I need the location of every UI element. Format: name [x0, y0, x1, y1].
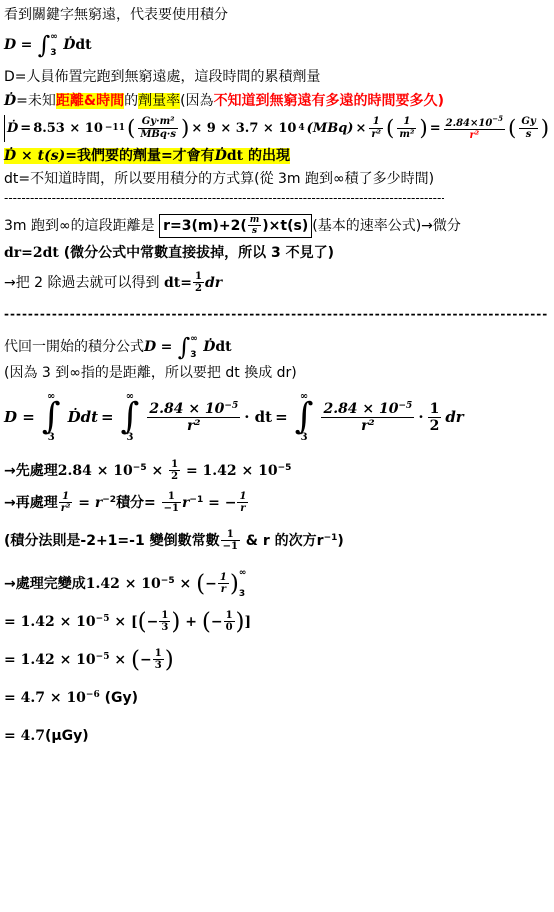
- exponent: 4: [298, 123, 304, 133]
- numerator: 1: [221, 529, 240, 542]
- numerator: 1: [428, 401, 442, 418]
- differential-dt: dt: [227, 148, 243, 164]
- half-fraction: 12: [193, 271, 204, 295]
- integral-limits: ∞ 3: [190, 334, 198, 360]
- unit-uGy: (μGy): [45, 728, 89, 744]
- denominator: −1: [162, 503, 181, 515]
- var-Ddot: Ḋ: [7, 121, 18, 136]
- open-paren: (: [202, 609, 211, 635]
- unit-denominator: MBq·s: [138, 129, 178, 141]
- open-paren: (: [196, 571, 205, 597]
- exponent: −2: [102, 495, 116, 505]
- denominator: 0: [224, 622, 235, 634]
- definition-Ddot-line: Ḋ=未知距離&時間的劑量率(因為不知道到無窮遠有多遠的時間要多久): [4, 92, 550, 110]
- denominator: r: [237, 503, 248, 515]
- denominator: 2: [169, 471, 180, 483]
- one-third-fraction: 13: [159, 610, 170, 634]
- minus-sign: −: [205, 576, 217, 592]
- inverse-square-fraction: 1r²: [369, 116, 383, 140]
- simplified-line: = 1.42 × 10−5 × (−13): [4, 645, 550, 675]
- dose-rate-formula: Ḋ=8.53 × 10−11 (Gy·m²MBq·s) × 9 × 3.7 × …: [4, 115, 550, 142]
- inverse-square-fraction: 1r²: [59, 491, 73, 515]
- integral-symbol: ∫: [42, 402, 61, 433]
- coefficient: 2.84 × 10: [58, 463, 133, 479]
- dt-explanation-line: dt=不知道時間，所以要用積分的方式算(從 3m 跑到∞積了多少時間): [4, 170, 550, 188]
- denominator: s: [519, 129, 537, 141]
- equals-sign: =: [161, 339, 173, 355]
- denominator: r²: [147, 418, 240, 434]
- dt-to-dr-note-line: (因為 3 到∞指的是距離，所以要把 dt 換成 dr): [4, 364, 550, 382]
- highlight-band: Ḋ × t(s)=我們要的劑量=才會有Ḋdt 的出現: [4, 148, 290, 164]
- unit-Gy-per-s: Gys: [519, 116, 537, 140]
- lower-limit: 3: [190, 351, 198, 360]
- display-integral: ∞ ∫ 3: [295, 392, 314, 443]
- close-paren: ): [181, 116, 189, 141]
- denominator: 2: [428, 418, 442, 434]
- result-ugy-line: = 4.7(μGy): [4, 727, 550, 745]
- boxed-rate-formula: r=3(m)+2(ms)×t(s): [159, 214, 312, 238]
- coefficient: 1.42 × 10: [86, 576, 161, 592]
- exponent: −6: [86, 690, 100, 700]
- open-paren: (: [131, 647, 140, 673]
- close-paren: ): [419, 116, 427, 141]
- coefficient-fraction: 2.84 × 10−5r²: [147, 401, 240, 434]
- unit-MBq: (MBq): [307, 121, 354, 136]
- times-sign: ×: [179, 576, 191, 592]
- numerator: 1: [369, 116, 383, 129]
- arrow-differentiate: →微分: [421, 218, 461, 234]
- plus-sign: +: [185, 614, 197, 630]
- numerator: 2.84 × 10−5: [147, 401, 240, 418]
- dr-2dt: dr=2dt: [4, 245, 59, 261]
- main-integral-equation: D = ∞ ∫ 3 Ḋdt = ∞ ∫ 3 2.84 × 10−5r² · dt…: [4, 392, 550, 443]
- integral-limits: ∞ 3: [50, 32, 58, 58]
- r-power: = r: [78, 495, 102, 511]
- var-Ddot: Ḋ: [215, 148, 227, 164]
- denominator: s: [248, 226, 262, 236]
- denominator: r: [218, 584, 229, 596]
- constant-note: (微分公式中常數直接拔掉，所以 3 不見了): [59, 245, 334, 261]
- denominator-red: r²: [444, 130, 505, 142]
- exponent: −5: [161, 576, 175, 586]
- one-third-fraction: 13: [153, 648, 164, 672]
- unit-numerator: Gy·m²: [138, 116, 178, 129]
- denominator: r²: [369, 129, 383, 141]
- times-sign: ×: [355, 121, 366, 136]
- second-step-text: →再處理: [4, 495, 58, 511]
- integral-symbol: ∫: [121, 402, 140, 433]
- coefficient: 2.84 × 10: [149, 401, 224, 417]
- dt-equals: dt=: [164, 275, 192, 291]
- exponent: −5: [224, 401, 238, 411]
- denominator: 3: [159, 622, 170, 634]
- highlighted-dose-line: Ḋ × t(s)=我們要的劑量=才會有Ḋdt 的出現: [4, 147, 550, 165]
- exponent: −5: [96, 614, 110, 624]
- denominator: 2: [193, 283, 204, 295]
- numerator: 1: [159, 610, 170, 623]
- numerator: 1: [59, 491, 73, 504]
- formula-left: r=3(m)+2(: [163, 218, 247, 234]
- cdot: ·: [418, 408, 423, 426]
- equals-sign: =: [101, 408, 114, 426]
- equals-sign: =: [430, 121, 441, 136]
- rule-tail-text: & r 的次方r: [246, 533, 324, 549]
- one-over-zero-fraction: 10: [224, 610, 235, 634]
- integral: ∫ ∞ 3: [178, 334, 198, 360]
- bold-dashed-divider: ----------------------------------------…: [4, 308, 548, 320]
- activity-terms: × 9 × 3.7 × 10: [191, 121, 296, 136]
- evaluated-form-line: →處理完變成1.42 × 10−5 × (−1r)∞3: [4, 569, 550, 599]
- second-step-line: →再處理1r² = r−2積分= 1−1r−1 = −1r: [4, 491, 550, 515]
- highlight-distance-time: 距離&時間: [56, 93, 124, 109]
- var-Ddot: Ḋ: [203, 339, 215, 355]
- numerator: 1: [224, 610, 235, 623]
- gamma-constant: 8.53 × 10: [33, 121, 103, 136]
- integral-symbol: ∫: [178, 335, 191, 359]
- equals-sign: =: [275, 408, 288, 426]
- close-paren: ): [438, 93, 444, 109]
- numerator: 2.84×10−5: [444, 115, 505, 131]
- open-paren: (: [508, 116, 516, 141]
- denominator: r²: [59, 503, 73, 515]
- differential-dt: dt: [75, 37, 91, 53]
- denominator: m²: [397, 129, 416, 141]
- denominator: 3: [153, 660, 164, 672]
- coefficient: 2.84×10: [446, 118, 493, 129]
- denominator: r²: [321, 418, 414, 434]
- definition-D-text: D=人員佈置完跑到無窮遠處，這段時間的累積劑量: [4, 69, 321, 85]
- exponent: −1: [324, 533, 338, 543]
- var-D: D: [4, 37, 16, 53]
- definition-D-line: D=人員佈置完跑到無窮遠處，這段時間的累積劑量: [4, 68, 550, 86]
- one-over-r-fraction: 1r: [237, 491, 248, 515]
- differential-dr: dr: [205, 275, 222, 291]
- divide-by-two-text: →把 2 除過去就可以得到: [4, 275, 164, 291]
- exponent: −1: [189, 495, 203, 505]
- result-gy-line: = 4.7 × 10−6 (Gy): [4, 689, 550, 707]
- result: = 1.42 × 10: [186, 463, 278, 479]
- intro-text: 看到關鍵字無窮遠，代表要使用積分: [4, 7, 228, 23]
- unit-Gy: (Gy): [105, 690, 138, 706]
- distance-formula-line: 3m 跑到∞的這段距離是 r=3(m)+2(ms)×t(s)(基本的速率公式)→…: [4, 214, 550, 238]
- limit-substitution-line: = 1.42 × 10−5 × [(−13) + (−10)]: [4, 607, 550, 637]
- exponent: −5: [96, 652, 110, 662]
- dose-integral-equation: D = ∫ ∞ 3 Ḋdt: [4, 32, 550, 58]
- numerator: Gy: [519, 116, 537, 129]
- numerator: 1: [153, 648, 164, 661]
- lower-limit: 3: [301, 433, 308, 443]
- display-integral: ∞ ∫ 3: [42, 392, 61, 443]
- per-m2-fraction: 1m²: [397, 116, 416, 140]
- display-integral: ∞ ∫ 3: [121, 392, 140, 443]
- notes-document: 看到關鍵字無窮遠，代表要使用積分 D = ∫ ∞ 3 Ḋdt D=人員佈置完跑到…: [0, 0, 554, 757]
- var-D-equals: D =: [4, 408, 35, 426]
- differential-dr: dr: [445, 408, 463, 426]
- integration-rule-text: (積分法則是-2+1=-1 變倒數常數: [4, 533, 220, 549]
- text-segment: =我們要的劑量=才會有: [65, 148, 214, 164]
- result-value: = 4.7 × 10: [4, 690, 86, 706]
- differential-dt: dt: [215, 339, 231, 355]
- unit-fraction-gamma: Gy·m²MBq·s: [138, 116, 178, 140]
- cdot-dt: · dt: [244, 408, 272, 426]
- open-paren: (: [127, 116, 135, 141]
- equals-minus: = −: [208, 495, 236, 511]
- lower-limit: 3: [239, 590, 247, 599]
- neg-one-fraction: 1−1: [162, 491, 181, 515]
- exponent: −5: [133, 463, 147, 473]
- integration-rule-line: (積分法則是-2+1=-1 變倒數常數1−1 & r 的次方r−1): [4, 529, 550, 553]
- var-Ddot: Ḋ: [63, 37, 75, 53]
- close-paren: ): [171, 609, 180, 635]
- denominator: −1: [221, 541, 240, 553]
- close-paren: ): [236, 609, 245, 635]
- integral-symbol: ∫: [38, 33, 51, 57]
- text-segment: 的出現: [243, 148, 290, 164]
- evaluation-limits: ∞3: [239, 569, 247, 599]
- result-fraction: 2.84×10−5r²: [444, 115, 505, 142]
- integrate-text: 積分=: [116, 495, 156, 511]
- dr-equation-line: dr=2dt (微分公式中常數直接拔掉，所以 3 不見了): [4, 244, 550, 262]
- close-paren: ): [337, 533, 343, 549]
- minus-sign: −: [211, 614, 223, 630]
- minus-sign: −: [147, 614, 159, 630]
- coefficient: 2.84 × 10: [323, 401, 398, 417]
- close-paren: ): [165, 647, 174, 673]
- unknown-text: =未知: [16, 93, 56, 109]
- var-D: D: [144, 339, 156, 355]
- red-warning-text: 不知道到無窮遠有多遠的時間要多久: [214, 93, 438, 109]
- substitute-back-text: 代回一開始的積分公式: [4, 339, 144, 355]
- close-paren: ): [230, 571, 239, 597]
- numerator: 1: [169, 459, 180, 472]
- close-bracket: ]: [245, 614, 252, 630]
- half-fraction: 12: [428, 401, 442, 434]
- minus-sign: −: [140, 652, 152, 668]
- coefficient: = 1.42 × 10: [4, 614, 96, 630]
- numerator: 1: [193, 271, 204, 284]
- dashed-divider: ----------------------------------------…: [4, 192, 444, 204]
- half-fraction: 12: [169, 459, 180, 483]
- Ddot-dt: Ḋdt: [68, 408, 98, 426]
- equals-sign: =: [20, 121, 31, 136]
- coefficient-fraction: 2.84 × 10−5r²: [321, 401, 414, 434]
- dt-half-dr-line: →把 2 除過去就可以得到 dt=12dr: [4, 271, 550, 295]
- var-Ddot: Ḋ: [4, 93, 16, 109]
- formula-right: )×t(s): [262, 218, 308, 234]
- numerator: m: [248, 215, 262, 226]
- particle-de: 的: [124, 93, 138, 109]
- equals-sign: =: [21, 37, 33, 53]
- evaluated-form-text: →處理完變成: [4, 576, 86, 592]
- lower-limit: 3: [50, 49, 58, 58]
- first-step-text: →先處理: [4, 463, 58, 479]
- upper-limit: ∞: [190, 335, 198, 344]
- substitute-back-line: 代回一開始的積分公式D = ∫ ∞ 3 Ḋdt: [4, 334, 550, 360]
- open-paren: (: [138, 609, 147, 635]
- numerator: 1: [162, 491, 181, 504]
- m-per-s-fraction: ms: [248, 215, 262, 237]
- times-sign: ×: [151, 463, 163, 479]
- highlight-dose-rate: 劑量率: [138, 93, 180, 109]
- exponent: −5: [492, 114, 503, 123]
- result-value: = 4.7: [4, 728, 45, 744]
- integral-symbol: ∫: [295, 402, 314, 433]
- because-text: (因為: [180, 93, 213, 109]
- open-paren: (: [386, 116, 394, 141]
- numerator: 1: [397, 116, 416, 129]
- coefficient: = 1.42 × 10: [4, 652, 96, 668]
- basic-rate-note: (基本的速率公式): [312, 218, 421, 234]
- neg-one-fraction: 1−1: [221, 529, 240, 553]
- math-Ddot-t: Ḋ × t(s): [4, 148, 65, 164]
- exponent: −5: [278, 463, 292, 473]
- times-sign: ×: [114, 614, 126, 630]
- exponent: −5: [399, 401, 413, 411]
- numerator: 2.84 × 10−5: [321, 401, 414, 418]
- numerator: 1: [237, 491, 248, 504]
- numerator: 1: [218, 572, 229, 585]
- first-step-line: →先處理2.84 × 10−5 × 12 = 1.42 × 10−5: [4, 459, 550, 483]
- close-paren: ): [541, 116, 549, 141]
- distance-pre-text: 3m 跑到∞的這段距離是: [4, 218, 159, 234]
- upper-limit: ∞: [239, 569, 247, 578]
- lower-limit: 3: [48, 433, 55, 443]
- lower-limit: 3: [126, 433, 133, 443]
- dt-to-dr-note: (因為 3 到∞指的是距離，所以要把 dt 換成 dr): [4, 365, 297, 381]
- exponent: −11: [105, 123, 125, 133]
- intro-line: 看到關鍵字無窮遠，代表要使用積分: [4, 6, 550, 24]
- integral: ∫ ∞ 3: [38, 32, 58, 58]
- times-sign: ×: [114, 652, 126, 668]
- open-bracket: [: [131, 614, 138, 630]
- upper-limit: ∞: [50, 33, 58, 42]
- dt-explanation-text: dt=不知道時間，所以要用積分的方式算(從 3m 跑到∞積了多少時間): [4, 171, 434, 187]
- one-over-r-fraction: 1r: [218, 572, 229, 596]
